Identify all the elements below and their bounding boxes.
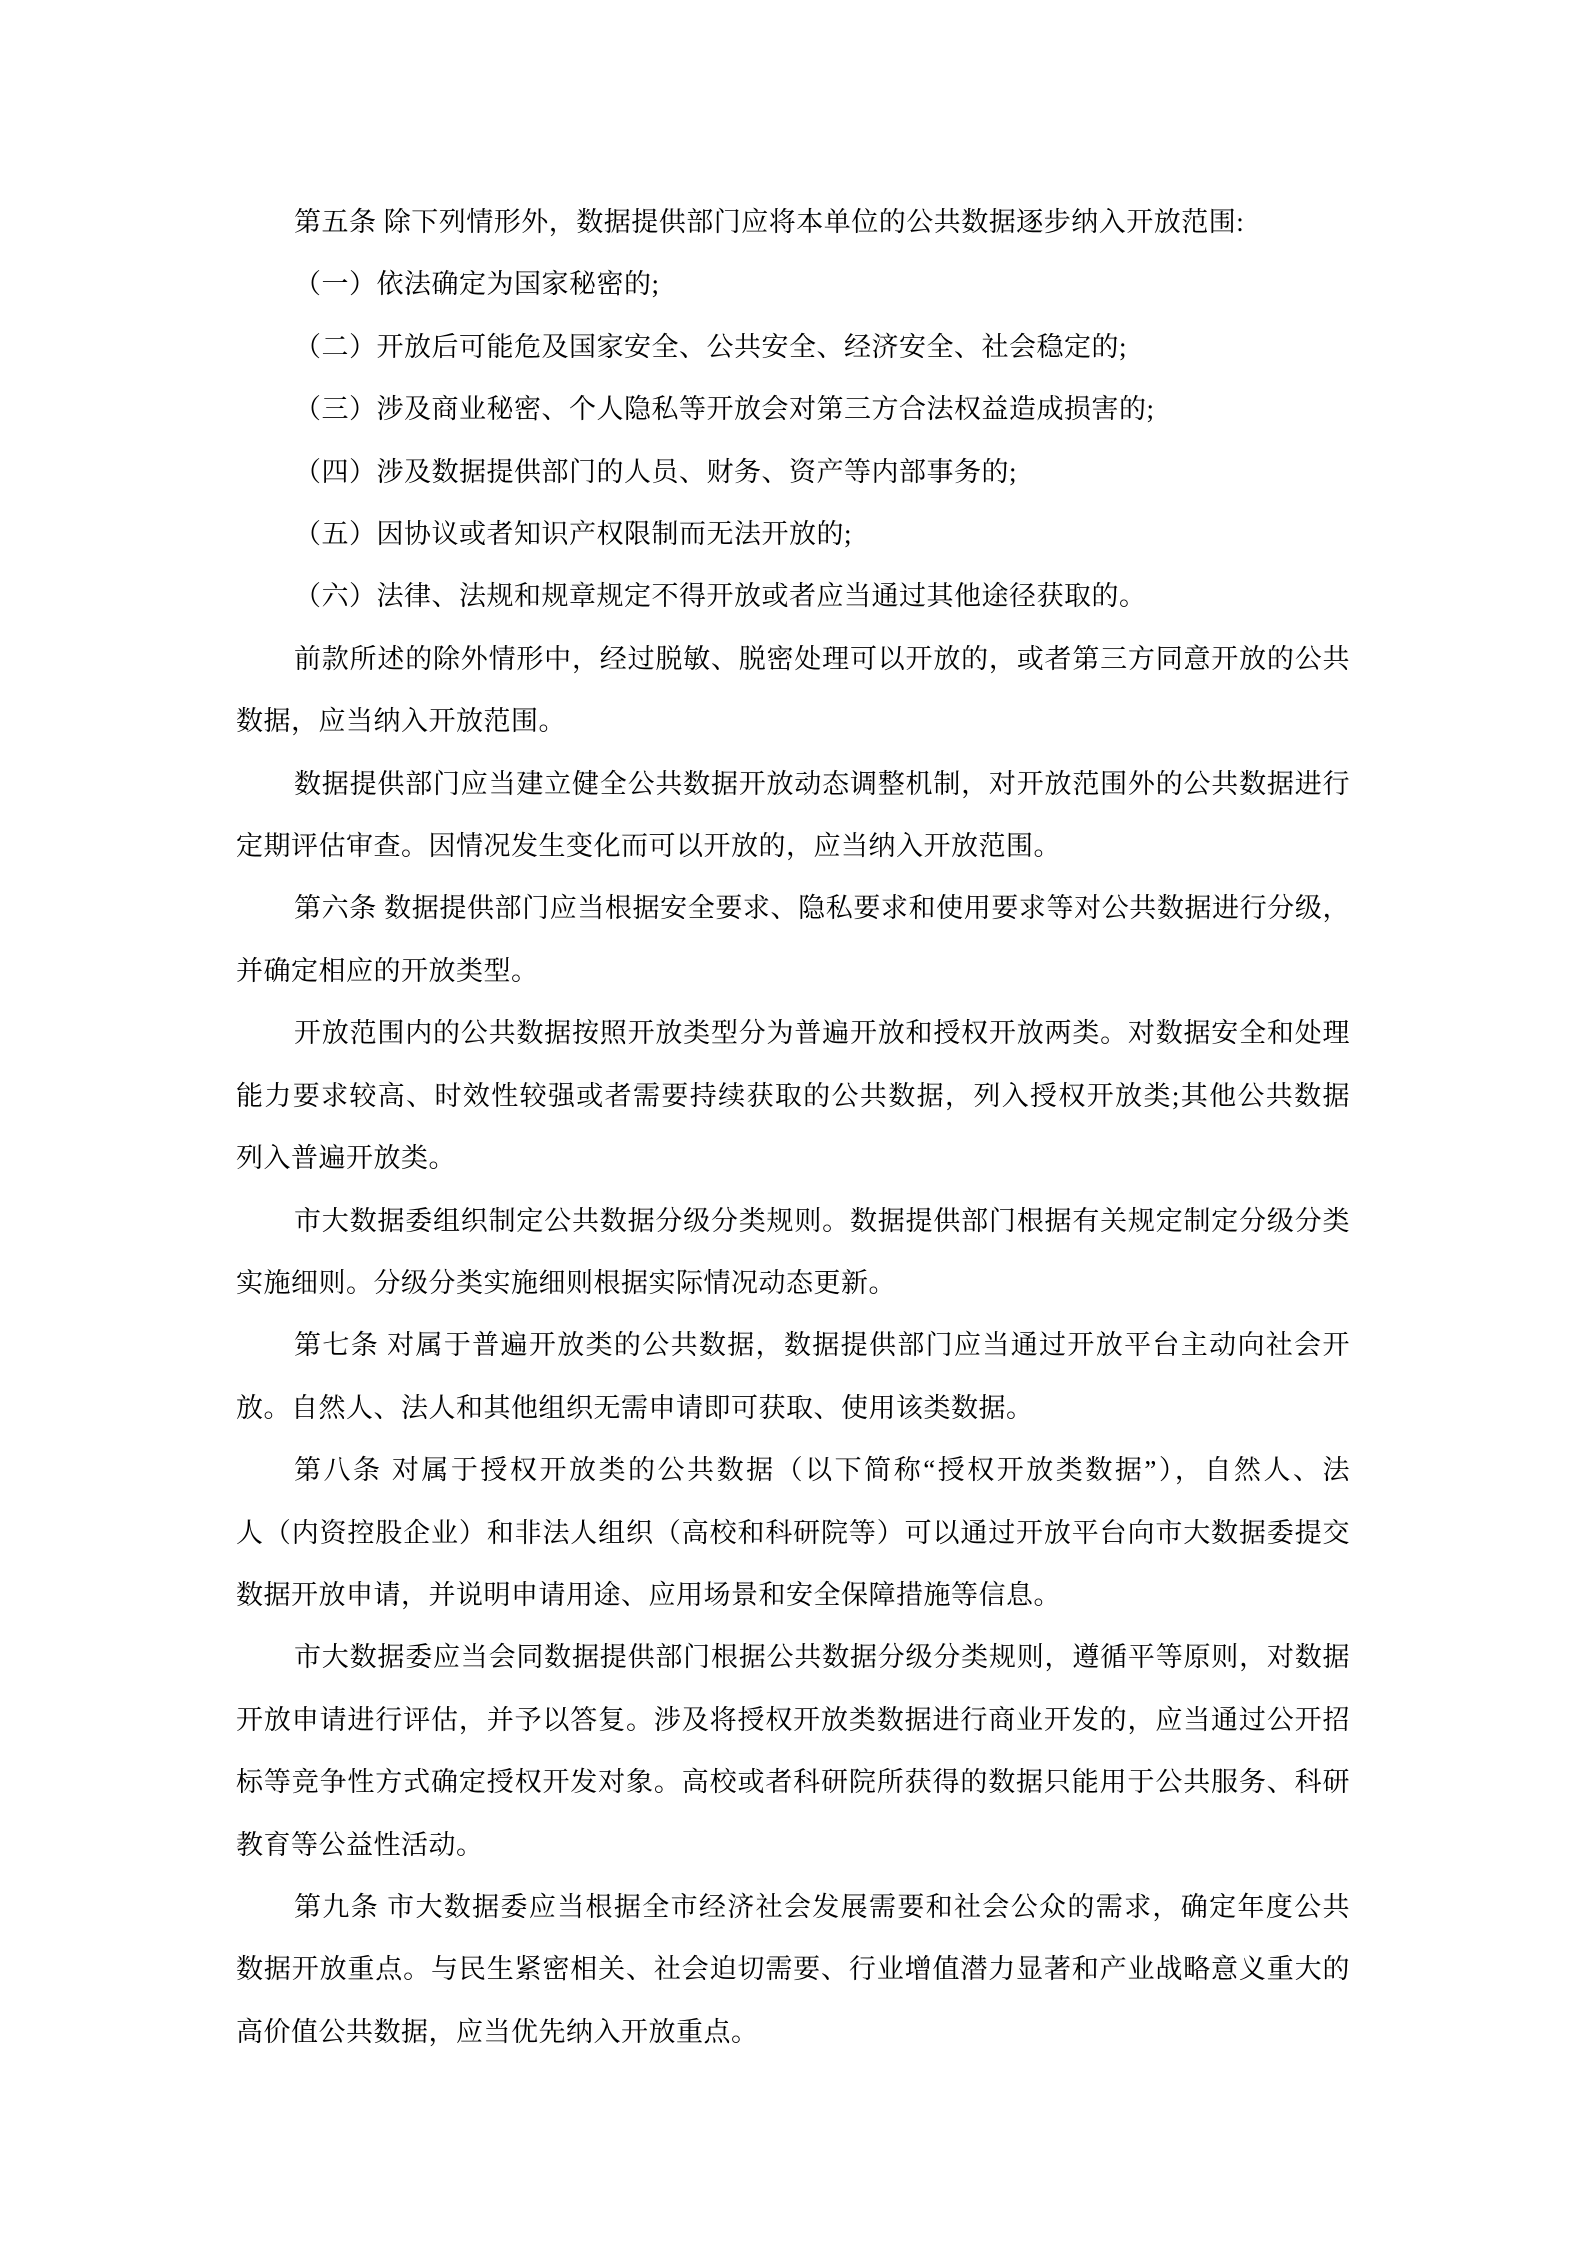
text-line: 前款所述的除外情形中，经过脱敏、脱密处理可以开放的，或者第三方同意开放的公共 [236, 628, 1350, 690]
text-line: 数据提供部门应当建立健全公共数据开放动态调整机制，对开放范围外的公共数据进行 [236, 753, 1350, 815]
text-line: 实施细则。分级分类实施细则根据实际情况动态更新。 [236, 1252, 1350, 1314]
text-line: 数据，应当纳入开放范围。 [236, 690, 1350, 752]
text-line: 人（内资控股企业）和非法人组织（高校和科研院等）可以通过开放平台向市大数据委提交 [236, 1502, 1350, 1564]
text-line: 高价值公共数据，应当优先纳入开放重点。 [236, 2001, 1350, 2063]
document-page: 第五条 除下列情形外，数据提供部门应将本单位的公共数据逐步纳入开放范围:（一）依… [0, 0, 1586, 2244]
text-line: 能力要求较高、时效性较强或者需要持续获取的公共数据，列入授权开放类;其他公共数据 [236, 1065, 1350, 1127]
text-line: （二）开放后可能危及国家安全、公共安全、经济安全、社会稳定的; [236, 316, 1350, 378]
text-line: （四）涉及数据提供部门的人员、财务、资产等内部事务的; [236, 441, 1350, 503]
text-line: 开放范围内的公共数据按照开放类型分为普遍开放和授权开放两类。对数据安全和处理 [236, 1002, 1350, 1064]
text-line: 并确定相应的开放类型。 [236, 940, 1350, 1002]
text-line: 第八条 对属于授权开放类的公共数据（以下简称“授权开放类数据”），自然人、法 [236, 1439, 1350, 1501]
text-line: 放。自然人、法人和其他组织无需申请即可获取、使用该类数据。 [236, 1377, 1350, 1439]
text-line: 第九条 市大数据委应当根据全市经济社会发展需要和社会公众的需求，确定年度公共 [236, 1876, 1350, 1938]
text-line: 第五条 除下列情形外，数据提供部门应将本单位的公共数据逐步纳入开放范围: [236, 191, 1350, 253]
text-line: （五）因协议或者知识产权限制而无法开放的; [236, 503, 1350, 565]
text-line: 开放申请进行评估，并予以答复。涉及将授权开放类数据进行商业开发的，应当通过公开招 [236, 1689, 1350, 1751]
text-line: 列入普遍开放类。 [236, 1127, 1350, 1189]
document-text-body: 第五条 除下列情形外，数据提供部门应将本单位的公共数据逐步纳入开放范围:（一）依… [236, 191, 1350, 2063]
text-line: 第六条 数据提供部门应当根据安全要求、隐私要求和使用要求等对公共数据进行分级， [236, 877, 1350, 939]
text-line: 市大数据委组织制定公共数据分级分类规则。数据提供部门根据有关规定制定分级分类 [236, 1190, 1350, 1252]
text-line: 教育等公益性活动。 [236, 1814, 1350, 1876]
text-line: （三）涉及商业秘密、个人隐私等开放会对第三方合法权益造成损害的; [236, 378, 1350, 440]
text-line: （一）依法确定为国家秘密的; [236, 253, 1350, 315]
text-line: 市大数据委应当会同数据提供部门根据公共数据分级分类规则，遵循平等原则，对数据 [236, 1626, 1350, 1688]
text-line: 标等竞争性方式确定授权开发对象。高校或者科研院所获得的数据只能用于公共服务、科研 [236, 1751, 1350, 1813]
text-line: 第七条 对属于普遍开放类的公共数据，数据提供部门应当通过开放平台主动向社会开 [236, 1314, 1350, 1376]
text-line: （六）法律、法规和规章规定不得开放或者应当通过其他途径获取的。 [236, 565, 1350, 627]
text-line: 数据开放重点。与民生紧密相关、社会迫切需要、行业增值潜力显著和产业战略意义重大的 [236, 1938, 1350, 2000]
text-line: 数据开放申请，并说明申请用途、应用场景和安全保障措施等信息。 [236, 1564, 1350, 1626]
text-line: 定期评估审查。因情况发生变化而可以开放的，应当纳入开放范围。 [236, 815, 1350, 877]
